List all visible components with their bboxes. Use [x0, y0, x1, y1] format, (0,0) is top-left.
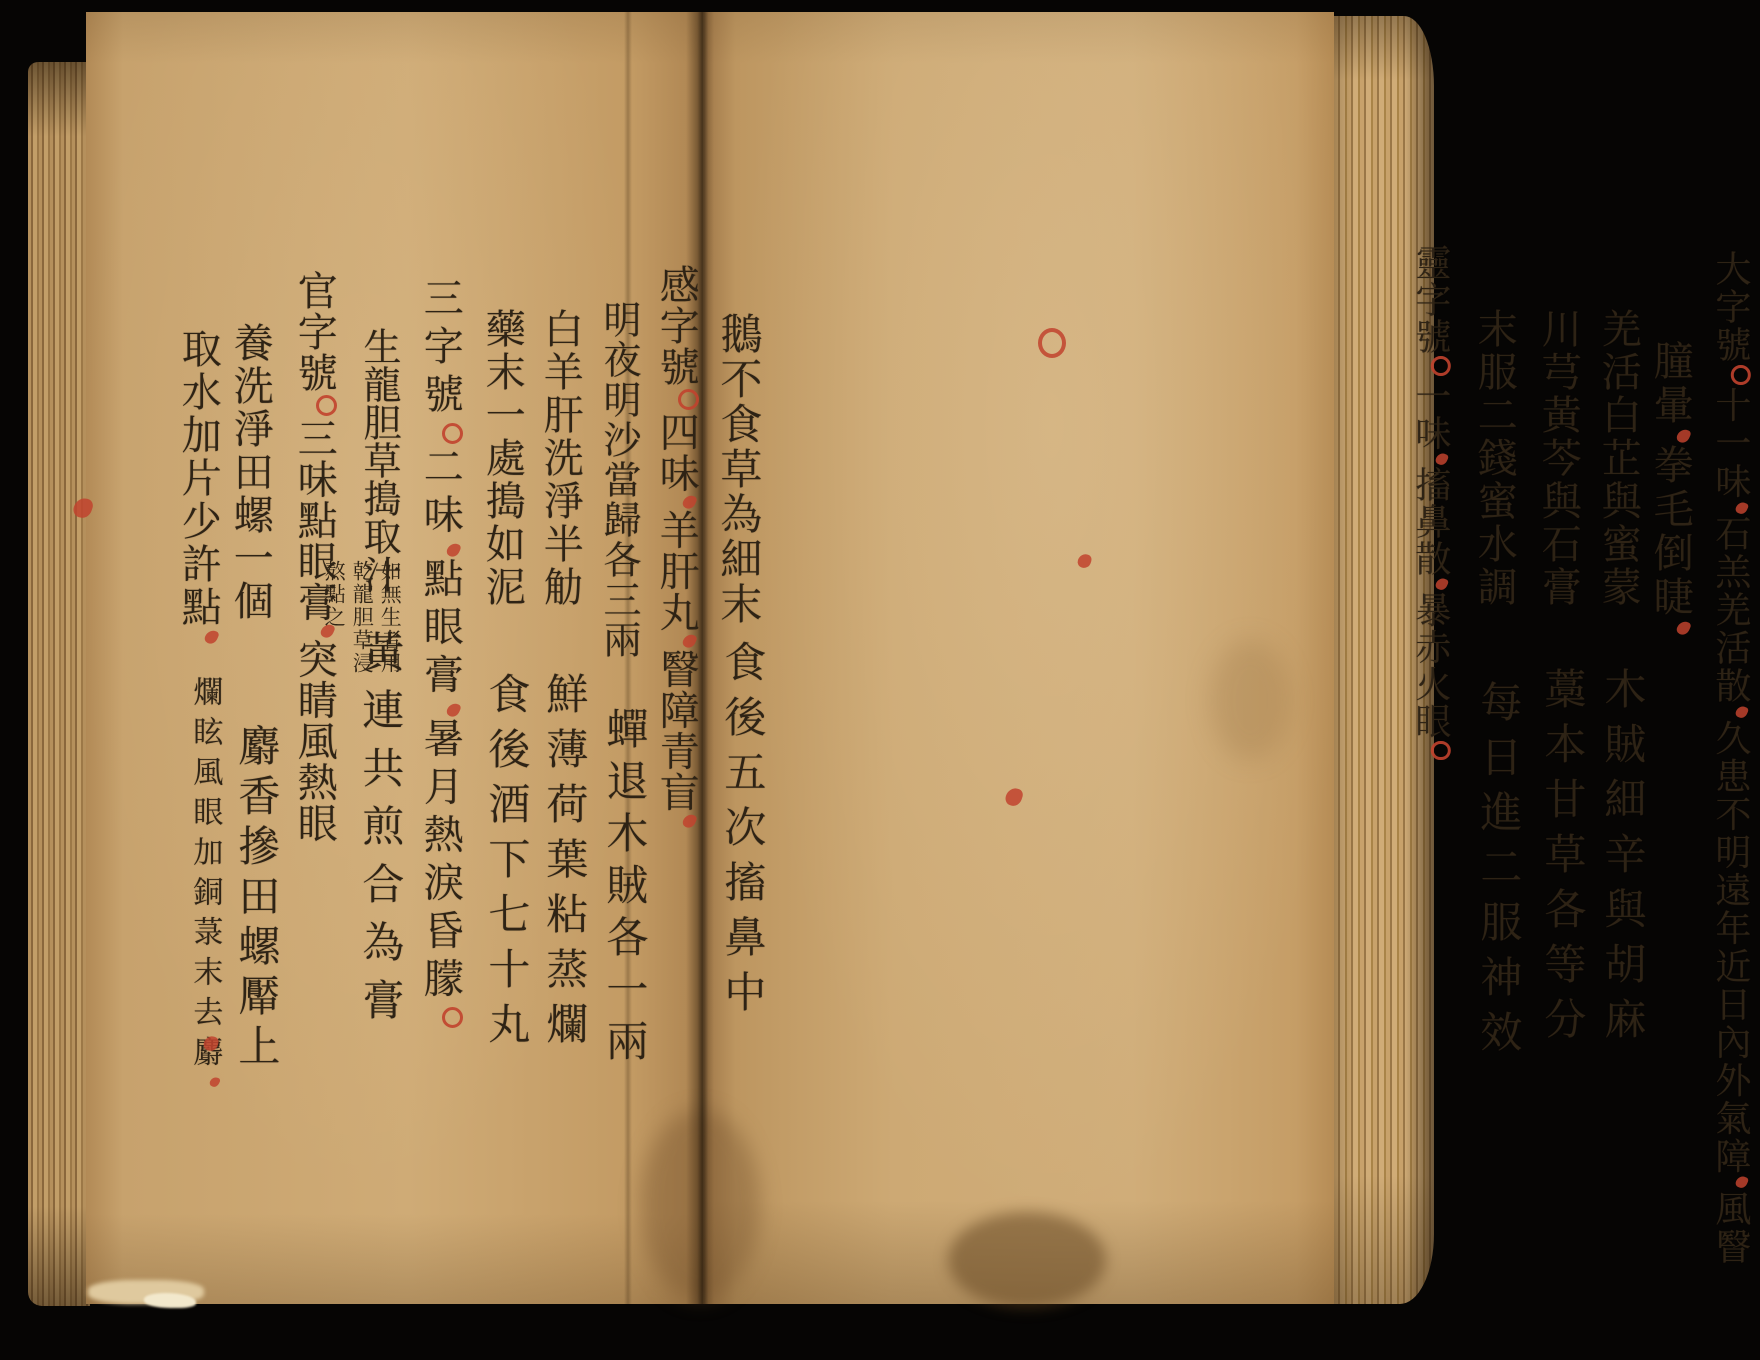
tongyun-line-column: 朣暈拳毛倒睫 [1648, 340, 1691, 636]
qushui-line-column: 取水加片少許點 [176, 328, 219, 645]
qianghuo-line-column: 羌活白芷與蜜蒙 [1596, 308, 1639, 609]
tianluo-line-column: 養洗淨田螺一個 [228, 322, 271, 623]
longdancao-line-column: 生龍胆草搗取汁 [358, 327, 399, 593]
ling-header-column: 靈字號一味搐鼻散暴赤火眼 [1410, 244, 1449, 762]
red-dot-mark [1735, 704, 1750, 720]
gaoben-line-column: 藁本甘草各等分 [1540, 667, 1585, 1052]
right-page: 以上細末每五錢加淡竹瀝二茶匙泡湯澄清隔布洗廣字號三味驅風散爛眼痛淚侵臉瘡黃連柏皮… [704, 12, 1334, 1304]
left-page-text-layer: 鵝不食草為細末食後五次搐鼻中感字號四味羊肝丸瞖障青盲明夜明沙當歸各三兩蟬退木賊各… [86, 12, 704, 1304]
manuscript-photo: 鵝不食草為細末食後五次搐鼻中感字號四味羊肝丸瞖障青盲明夜明沙當歸各三兩蟬退木賊各… [0, 0, 1760, 1360]
red-dot-mark [208, 1076, 220, 1089]
yanggan-line-column: 白羊肝洗淨半觔 [538, 308, 581, 609]
red-dot-mark [204, 628, 220, 645]
san-header-column: 三字號二味點眼膏暑月熱淚昏朦 [418, 277, 461, 1030]
yemingsha-line-column: 明夜明沙當歸各三兩 [598, 300, 639, 660]
red-circle-mark [1731, 365, 1751, 385]
red-dot-mark [446, 541, 462, 558]
red-dot-mark [682, 493, 698, 510]
red-dot-mark [320, 622, 336, 639]
da-header-column: 大字號十一味石羔羌活散久患不明遠年近日內外氣障風瞖 [1710, 250, 1749, 1266]
left-page: 鵝不食草為細末食後五次搐鼻中感字號四味羊肝丸瞖障青盲明夜明沙當歸各三兩蟬退木賊各… [86, 12, 704, 1304]
yaomo-line-column: 藥末一處搗如泥 [480, 308, 523, 609]
red-dot-mark [446, 701, 462, 718]
red-circle-mark [1431, 356, 1451, 376]
red-dot-mark [682, 812, 698, 829]
red-dot-mark [1435, 576, 1450, 592]
chantui-line-column: 蟬退木賊各一兩 [602, 707, 647, 1071]
red-dot-mark [1735, 500, 1750, 516]
right-page-text-layer: 以上細末每五錢加淡竹瀝二茶匙泡湯澄清隔布洗廣字號三味驅風散爛眼痛淚侵臉瘡黃連柏皮… [704, 12, 1334, 1304]
shexiang-line-column: 麝香摻田螺厴上 [234, 724, 279, 1074]
chuanxiong-line-column: 川芎黃芩與石膏 [1536, 308, 1579, 609]
meiri-line-column: 每日進二服神效 [1476, 680, 1521, 1065]
red-circle-mark [316, 395, 337, 416]
guan-header-column: 官字號三味點眼膏突睛風熱眼 [292, 270, 335, 843]
red-circle-mark [1431, 741, 1451, 761]
lanxuan-note-column: 爛眩風眼加銅菉末去麝 [188, 676, 220, 1088]
red-dot-mark [1735, 1175, 1750, 1191]
red-circle-mark [678, 389, 699, 410]
red-stray-mark [1038, 328, 1066, 358]
red-dot-mark [1676, 427, 1692, 444]
mofu-line-column: 末服二錢蜜水調 [1472, 308, 1515, 609]
red-dot-mark [682, 632, 698, 649]
red-circle-mark [442, 423, 463, 444]
huanglian-gao-line-column: 黃連共煎合為膏 [358, 630, 403, 1036]
jiuxia-line-column: 食後酒下七十丸 [484, 672, 529, 1057]
red-circle-mark [442, 1007, 463, 1028]
muzei-line-column: 木賊細辛與胡麻 [1600, 667, 1645, 1052]
gan-header-column: 感字號四味羊肝丸瞖障青盲 [654, 264, 697, 828]
red-dot-mark [1435, 451, 1450, 467]
bohe-line-column: 鮮薄荷葉粘蒸爛 [542, 672, 587, 1057]
red-dot-mark [1676, 619, 1692, 636]
left-page-stack-edge [28, 62, 90, 1306]
